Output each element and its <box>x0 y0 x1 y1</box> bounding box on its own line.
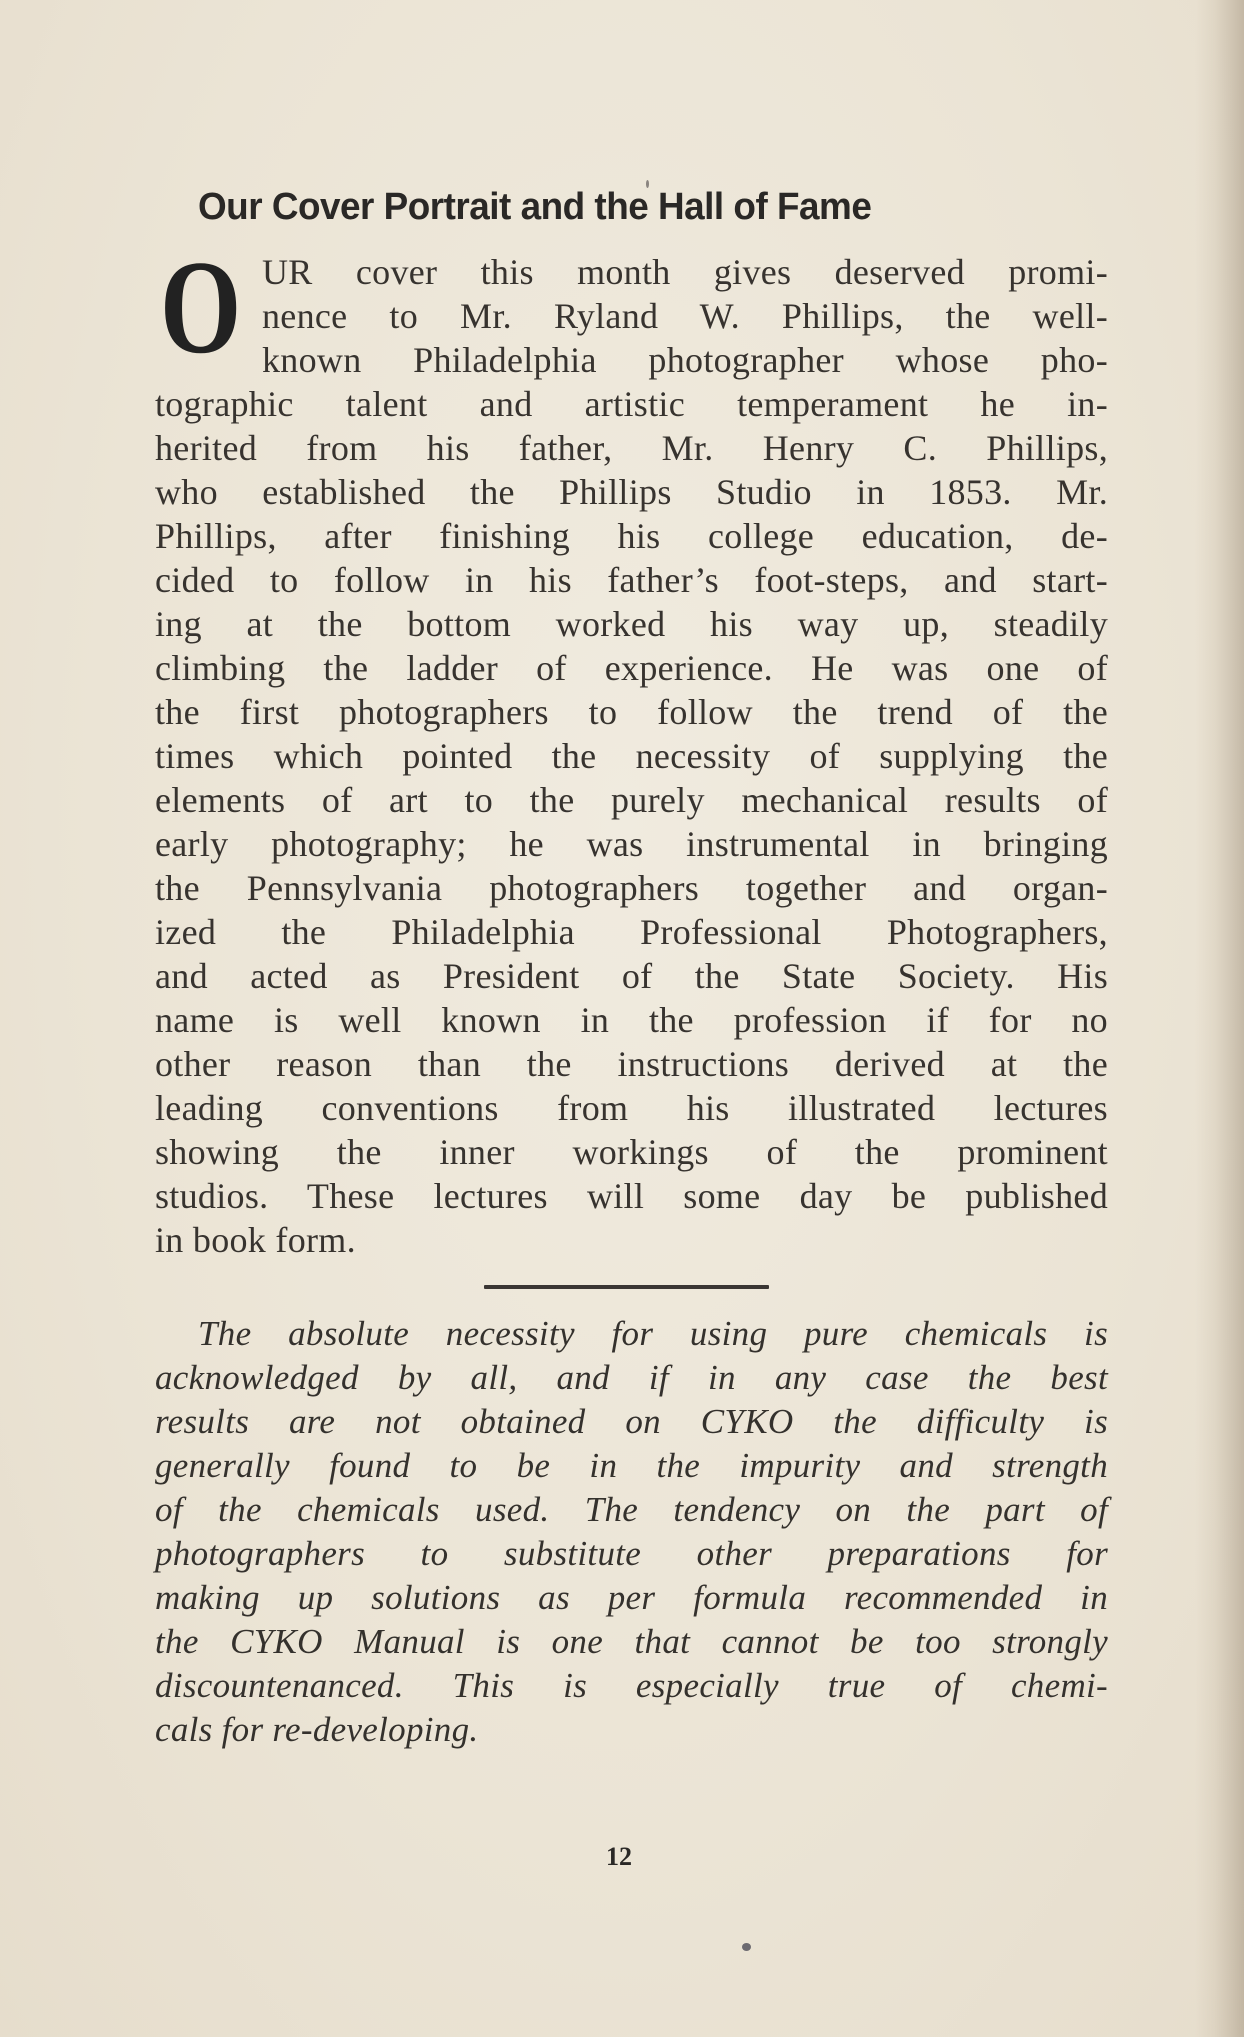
italic-line: generally found to be in the impurity an… <box>155 1444 1108 1488</box>
article-title: Our Cover Portrait and the Hall of Fame <box>198 186 1052 229</box>
italic-line: results are not obtained on CYKO the dif… <box>155 1400 1108 1444</box>
body-line: who established the Phillips Studio in 1… <box>155 470 1108 514</box>
drop-cap: O <box>160 240 241 374</box>
italic-line: The absolute necessity for using pure ch… <box>198 1312 1108 1356</box>
paper-speck <box>646 180 649 188</box>
body-line: times which pointed the necessity of sup… <box>155 734 1108 778</box>
body-line: ing at the bottom worked his way up, ste… <box>155 602 1108 646</box>
page-number: 12 <box>606 1842 632 1872</box>
body-line: name is well known in the profession if … <box>155 998 1108 1042</box>
body-line: known Philadelphia photographer whose ph… <box>262 338 1108 382</box>
body-line: in book form. <box>155 1218 1108 1262</box>
body-line: Phillips, after finishing his college ed… <box>155 514 1108 558</box>
italic-line: making up solutions as per formula recom… <box>155 1576 1108 1620</box>
body-line: and acted as President of the State Soci… <box>155 954 1108 998</box>
body-line: cided to follow in his father’s foot-ste… <box>155 558 1108 602</box>
body-line: climbing the ladder of experience. He wa… <box>155 646 1108 690</box>
italic-line: discountenanced. This is especially true… <box>155 1664 1108 1708</box>
section-divider-rule <box>484 1285 769 1289</box>
body-line: UR cover this month gives deserved promi… <box>262 250 1108 294</box>
body-line: herited from his father, Mr. Henry C. Ph… <box>155 426 1108 470</box>
body-line: leading conventions from his illustrated… <box>155 1086 1108 1130</box>
italic-line: the CYKO Manual is one that cannot be to… <box>155 1620 1108 1664</box>
italic-line: of the chemicals used. The tendency on t… <box>155 1488 1108 1532</box>
body-line: the Pennsylvania photographers together … <box>155 866 1108 910</box>
body-line: elements of art to the purely mechanical… <box>155 778 1108 822</box>
italic-line: acknowledged by all, and if in any case … <box>155 1356 1108 1400</box>
italic-line: cals for re-developing. <box>155 1708 1108 1752</box>
italic-line: photographers to substitute other prepar… <box>155 1532 1108 1576</box>
body-line: other reason than the instructions deriv… <box>155 1042 1108 1086</box>
body-line: showing the inner workings of the promin… <box>155 1130 1108 1174</box>
book-page: Our Cover Portrait and the Hall of Fame … <box>0 0 1244 2037</box>
body-line: early photography; he was instrumental i… <box>155 822 1108 866</box>
body-line: tographic talent and artistic temperamen… <box>155 382 1108 426</box>
paper-speck <box>742 1943 751 1951</box>
body-line: nence to Mr. Ryland W. Phillips, the wel… <box>262 294 1108 338</box>
body-line: the first photographers to follow the tr… <box>155 690 1108 734</box>
body-line: studios. These lectures will some day be… <box>155 1174 1108 1218</box>
body-line: ized the Philadelphia Professional Photo… <box>155 910 1108 954</box>
